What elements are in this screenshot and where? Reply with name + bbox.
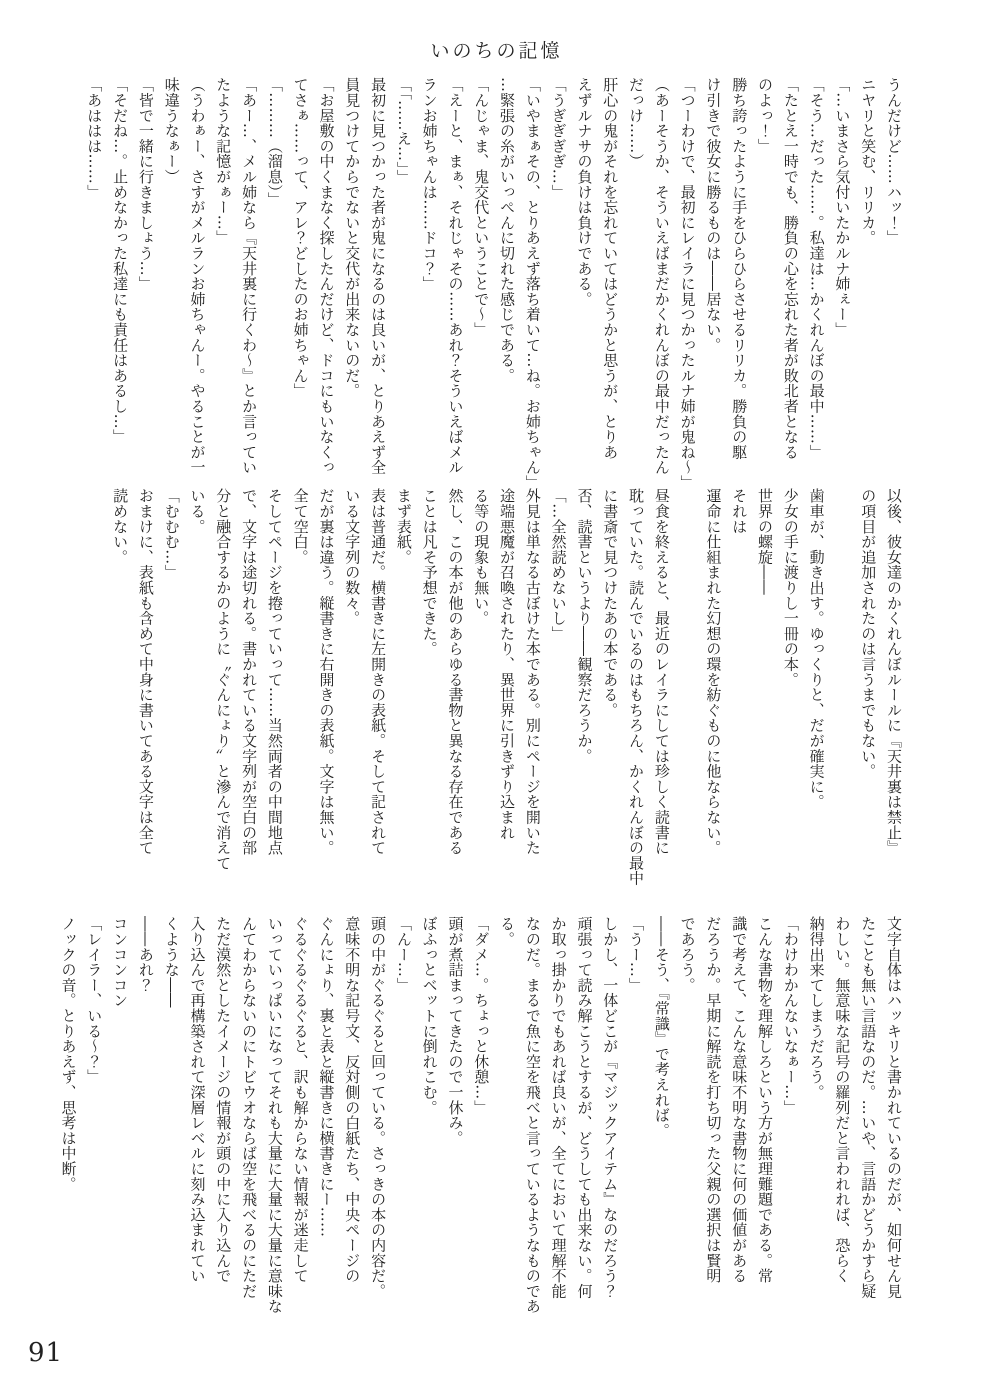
text-line: 「えーと、まぁ、それじゃその……あれ？そういえばメル — [442, 77, 468, 475]
book-page: いのちの記憶 うんだけど……ハッ！」ニヤリと笑む、リリカ。「…いまさら気付いたか… — [0, 0, 993, 1400]
blank-line — [829, 488, 855, 906]
text-line: 「ダメ…。ちょっと休憩…」 — [467, 916, 493, 1348]
text-line: たような記憶がぁー…」 — [209, 77, 235, 475]
text-block-2: 以後、彼女達のかくれんぼルールに『天井裏は禁止』の項目が追加されたのは言うまでも… — [106, 488, 906, 906]
text-line: 納得出来てしまうだろう。 — [803, 916, 829, 1348]
text-line: 文字自体はハッキリと書かれているのだが、如何せん見 — [880, 916, 906, 1348]
text-line: ニヤリと笑む、リリカ。 — [854, 77, 880, 475]
text-line: うんだけど……ハッ！」 — [880, 77, 906, 475]
text-line: 否、読書というより――観察だろうか。 — [571, 488, 597, 906]
text-line: 「「……え…」」 — [390, 77, 416, 475]
text-line: いっていっぱいになってそれも大量に大量に大量に意味な — [261, 916, 287, 1348]
text-line: 頭の中がぐるぐると回っている。さっきの本の内容だ。 — [364, 916, 390, 1348]
text-line: んてわからないのにトビウオならば空を飛べるのにただ — [235, 916, 261, 1348]
text-line: なのだ。まるで魚に空を飛べと言っているようなものであ — [519, 916, 545, 1348]
text-line: コンコンコン — [106, 916, 132, 1348]
text-block-1: うんだけど……ハッ！」ニヤリと笑む、リリカ。「…いまさら気付いたかルナ姉ぇー」「… — [81, 77, 907, 475]
text-line: 員見つけてからでないと交代が出来ないのだ。 — [338, 77, 364, 475]
text-line: だろうか。早期に解読を打ち切った父親の選択は賢明 — [700, 916, 726, 1348]
text-line: のよっ！」 — [751, 77, 777, 475]
text-line: 「お屋敷の中くまなく探したんだけど、ドコにもいなくっ — [313, 77, 339, 475]
text-block-3: 文字自体はハッキリと書かれているのだが、如何せん見たことも無い言語なのだ。…いや… — [55, 916, 906, 1348]
text-line: 「んー…」 — [390, 916, 416, 1348]
blank-line — [674, 488, 700, 906]
text-line: いる文字列の数々。 — [338, 488, 364, 906]
text-line: 歯車が、動き出す。ゆっくりと、だが確実に。 — [803, 488, 829, 906]
text-line: 世界の螺旋―― — [751, 488, 777, 906]
text-line: くような―― — [158, 916, 184, 1348]
text-line: ――そう、『常識』で考えれば。 — [648, 916, 674, 1348]
text-line: 「…いまさら気付いたかルナ姉ぇー」 — [829, 77, 855, 475]
text-line: 昼食を終えると、最近のレイラにしては珍しく読書に — [648, 488, 674, 906]
text-line: 勝ち誇ったように手をひらひらさせるリリカ。勝負の駆 — [725, 77, 751, 475]
text-line: 全て空白。 — [287, 488, 313, 906]
text-line: 「そだね…。止めなかった私達にも責任はあるし…」 — [106, 77, 132, 475]
text-line: 分と融合するかのように〝ぐんにょり〟と滲んで消えて — [209, 488, 235, 906]
page-number: 91 — [28, 1338, 63, 1368]
text-line: 以後、彼女達のかくれんぼルールに『天井裏は禁止』 — [880, 488, 906, 906]
text-line: 外見は単なる古ぼけた本である。別にページを開いた — [519, 488, 545, 906]
text-line: 「………（溜息）」 — [261, 77, 287, 475]
text-line: えずルナサの負けは負けである。 — [571, 77, 597, 475]
text-line: ランお姉ちゃんは……ドコ？」 — [416, 77, 442, 475]
text-line: 「わけわかんないなぁー…」 — [777, 916, 803, 1348]
text-line: ことは凡そ予想できた。 — [416, 488, 442, 906]
text-line: まず表紙。 — [390, 488, 416, 906]
text-line: 「そう…だった……。私達は…かくれんぼの最中……」 — [803, 77, 829, 475]
text-line: おまけに、表紙も含めて中身に書いてある文字は全て — [132, 488, 158, 906]
text-line: に書斎で見つけたあの本である。 — [596, 488, 622, 906]
page-title: いのちの記憶 — [0, 36, 993, 63]
text-line: ノックの音。とりあえず、思考は中断。 — [55, 916, 81, 1348]
text-line: 運命に仕組まれた幻想の環を紡ぐものに他ならない。 — [700, 488, 726, 906]
text-line: ぼふっとベットに倒れこむ。 — [416, 916, 442, 1348]
text-line: 「…全然読めないし」 — [545, 488, 571, 906]
text-line: 「皆で一緒に行きましょう…」 — [132, 77, 158, 475]
text-line: 表は普通だ。横書きに左開きの表紙。そして記されて — [364, 488, 390, 906]
text-line: しかし、一体どこが『マジックアイテム』なのだろう？ — [596, 916, 622, 1348]
text-line: 「んじゃま、鬼交代ということで～」 — [467, 77, 493, 475]
text-line: ただ漠然としたイメージの情報が頭の中に入り込んで — [209, 916, 235, 1348]
text-line: そしてページを捲っていって……当然両者の中間地点 — [261, 488, 287, 906]
text-line: 「あははは……」 — [81, 77, 107, 475]
text-line: の項目が追加されたのは言うまでもない。 — [854, 488, 880, 906]
text-line: 頭が煮詰まってきたので一休み。 — [442, 916, 468, 1348]
text-line: 少女の手に渡りし一冊の本。 — [777, 488, 803, 906]
text-line: 「むむむ…」 — [158, 488, 184, 906]
text-line: 入り込んで再構築されて深層レベルに刻み込まれてい — [184, 916, 210, 1348]
text-line: 「うー…」 — [622, 916, 648, 1348]
text-line: 「いやまぁその、とりあえず落ち着いて…ね。お姉ちゃん」 — [519, 77, 545, 475]
text-line: ぐんにょり、裏と表と縦書きに横書きにー…… — [313, 916, 339, 1348]
text-line: ――あれ？ — [132, 916, 158, 1348]
text-line: 読めない。 — [106, 488, 132, 906]
text-line: け引きで彼女に勝るものは――居ない。 — [700, 77, 726, 475]
text-line: 「たとえ一時でも、勝負の心を忘れた者が敗北者となる — [777, 77, 803, 475]
text-line: 意味不明な記号文、反対側の白紙たち、中央ページの — [338, 916, 364, 1348]
text-line: わしい。無意味な記号の羅列だと言われれば、恐らく — [829, 916, 855, 1348]
text-line: 「うぎぎぎぎ…」 — [545, 77, 571, 475]
text-line: 「つーわけで、最初にレイラに見つかったルナ姉が鬼ね～」 — [674, 77, 700, 475]
text-line: それは — [725, 488, 751, 906]
text-line: たことも無い言語なのだ。…いや、言語かどうかすら疑 — [854, 916, 880, 1348]
text-line: …緊張の糸がいっぺんに切れた感じである。 — [493, 77, 519, 475]
text-line: 最初に見つかった者が鬼になるのは良いが、とりあえず全 — [364, 77, 390, 475]
text-line: こんな書物を理解しろという方が無理難題である。常 — [751, 916, 777, 1348]
text-line: 途端悪魔が召喚されたり、異世界に引きずり込まれ — [493, 488, 519, 906]
text-line: だっけ……） — [622, 77, 648, 475]
text-line: （あーそうか、そういえばまだかくれんぼの最中だったん — [648, 77, 674, 475]
text-line: だが裏は違う。縦書きに右開きの表紙。文字は無い。 — [313, 488, 339, 906]
text-line: 然し、この本が他のあらゆる書物と異なる存在である — [442, 488, 468, 906]
text-line: か取っ掛かりでもあれば良いが、全てにおいて理解不能 — [545, 916, 571, 1348]
text-line: 「レイラー、いる～？」 — [81, 916, 107, 1348]
text-line: いる。 — [184, 488, 210, 906]
text-line: る。 — [493, 916, 519, 1348]
text-line: 味違うなぁー） — [158, 77, 184, 475]
text-line: ぐるぐるぐるぐると、訳も解からない情報が迷走して — [287, 916, 313, 1348]
text-line: 「あー…、メル姉なら『天井裏に行くわ～』とか言ってい — [235, 77, 261, 475]
text-line: 頑張って読み解こうとするが、どうしても出来ない。何 — [571, 916, 597, 1348]
text-line: 肝心の鬼がそれを忘れていてはどうかと思うが、とりあ — [596, 77, 622, 475]
text-line: で、文字は途切れる。書かれている文字列が空白の部 — [235, 488, 261, 906]
text-line: 識で考えて、こんな意味不明な書物に何の価値がある — [725, 916, 751, 1348]
text-line: てさぁ……って、アレ？どしたのお姉ちゃん」 — [287, 77, 313, 475]
text-line: （うわぁー、さすがメルランお姉ちゃんー。やることが一 — [184, 77, 210, 475]
text-line: 耽っていた。読んでいるのはもちろん、かくれんぼの最中 — [622, 488, 648, 906]
text-line: る等の現象も無い。 — [467, 488, 493, 906]
text-line: であろう。 — [674, 916, 700, 1348]
